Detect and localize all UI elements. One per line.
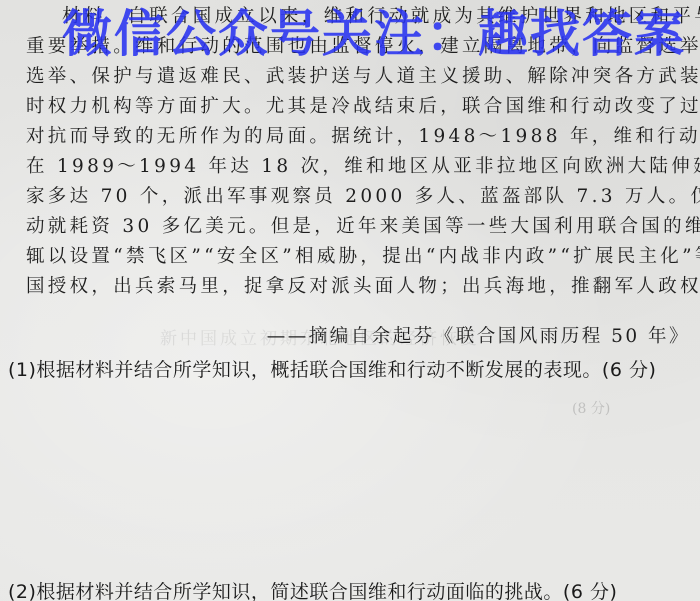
question-1: (1)根据材料并结合所学知识，概括联合国维和行动不断发展的表现。(6 分) (8, 355, 656, 382)
material-line-4: 时权力机构等方面扩大。尤其是冷战结束后，联合国维和行动改变了过去由美苏 (26, 92, 700, 122)
watermark-overlay: 微信公众号关注：趣找答案 (62, 4, 686, 64)
material-line-10: 国授权，出兵索马里，捉拿反对派头面人物；出兵海地，推翻军人政权；等等。 (26, 272, 700, 302)
material-line-6: 在 1989～1994 年达 18 次，维和地区从亚非拉地区向欧洲大陆伸延，参加… (26, 152, 700, 182)
question-2: (2)根据材料并结合所学知识，简述联合国维和行动面临的挑战。(6 分) (8, 577, 617, 601)
material-line-5: 对抗而导致的无所作为的局面。据统计，1948～1988 年，维和行动共计 16 … (26, 122, 700, 152)
material-line-9: 辄以设置“禁飞区”“安全区”相威胁，提出“内战非内政”“扩展民主化”等；鼓动联合 (26, 242, 700, 272)
material-source-citation: ——摘编自余起芬《联合国风雨历程 50 年》 (267, 322, 690, 348)
material-line-3: 选举、保护与遣返难民、武装护送与人道主义援助、解除冲突各方武装，直至建立临 (26, 62, 700, 92)
material-line-8: 动就耗资 30 多亿美元。但是，近年来美国等一些大国利用联合国的维和举措，动 (26, 212, 700, 242)
material-line-7: 家多达 70 个，派出军事观察员 2000 多人、蓝盔部队 7.3 万人。仅 1… (26, 182, 700, 212)
bleed-through-score: (8 分) (572, 398, 610, 418)
